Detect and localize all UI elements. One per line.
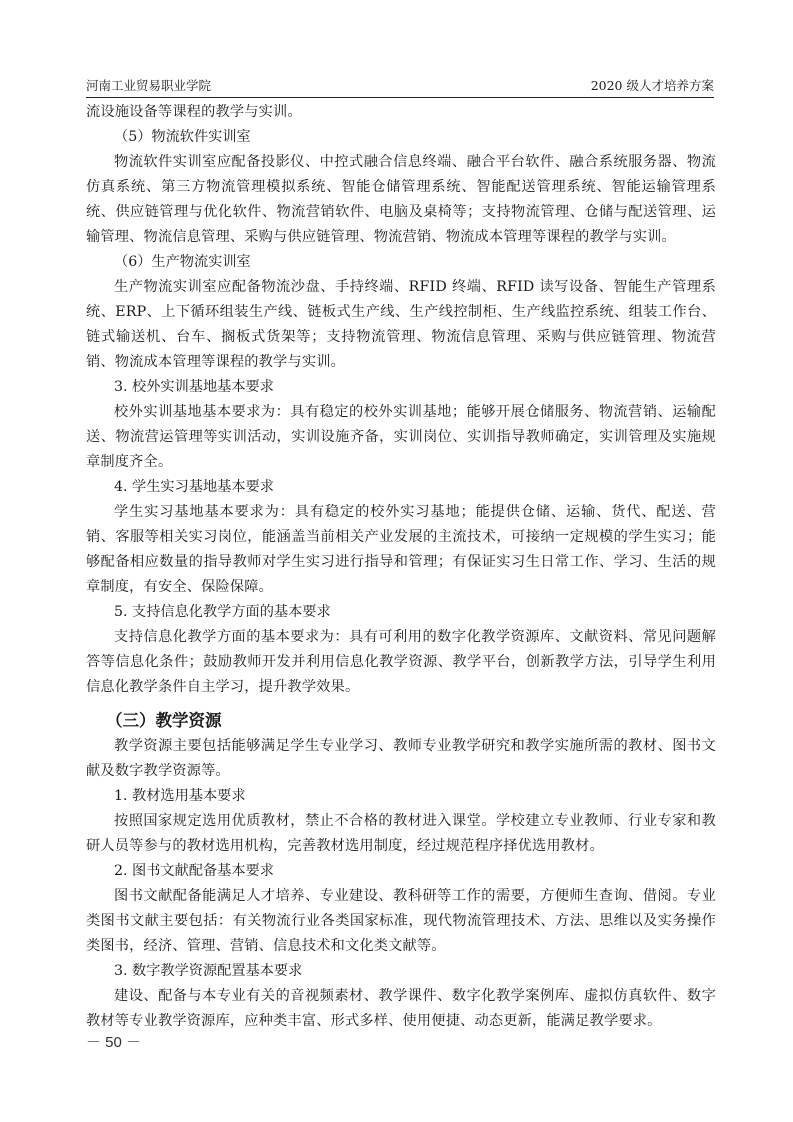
paragraph-digital-resources: 建设、配备与本专业有关的音视频素材、教学课件、数字化教学案例库、虚拟仿真软件、数…	[86, 984, 716, 1034]
paragraph-informatization: 支持信息化教学方面的基本要求为：具有可利用的数字化教学资源库、文献资料、常见问题…	[86, 625, 716, 700]
paragraph-logistics-software-lab: 物流软件实训室应配备投影仪、中控式融合信息终端、融合平台软件、融合系统服务器、物…	[86, 150, 716, 250]
paragraph-continuation: 流设施设备等课程的教学与实训。	[86, 100, 716, 125]
subheading-production-logistics-lab: （6）生产物流实训室	[86, 250, 716, 275]
header-document-title: 2020 级人才培养方案	[591, 76, 714, 94]
paragraph-library-resources: 图书文献配备能满足人才培养、专业建设、教科研等工作的需要，方便师生查询、借阅。专…	[86, 884, 716, 959]
subheading-textbook-selection: 1. 教材选用基本要求	[86, 784, 716, 809]
header-institution: 河南工业贸易职业学院	[86, 76, 211, 94]
subheading-internship-base: 4. 学生实习基地基本要求	[86, 475, 716, 500]
page-number: － 50 －	[86, 1031, 141, 1052]
page-content: 流设施设备等课程的教学与实训。 （5）物流软件实训室 物流软件实训室应配备投影仪…	[86, 100, 716, 1034]
paragraph-textbook-selection: 按照国家规定选用优质教材，禁止不合格的教材进入课堂。学校建立专业教师、行业专家和…	[86, 809, 716, 859]
paragraph-internship-base: 学生实习基地基本要求为：具有稳定的校外实习基地；能提供仓储、运输、货代、配送、营…	[86, 500, 716, 600]
subheading-informatization: 5. 支持信息化教学方面的基本要求	[86, 600, 716, 625]
paragraph-production-logistics-lab: 生产物流实训室应配备物流沙盘、手持终端、RFID 终端、RFID 读写设备、智能…	[86, 275, 716, 375]
subheading-offcampus-training: 3. 校外实训基地基本要求	[86, 375, 716, 400]
paragraph-teaching-resources: 教学资源主要包括能够满足学生专业学习、教师专业教学研究和教学实施所需的教材、图书…	[86, 734, 716, 784]
subheading-digital-resources: 3. 数字教学资源配置基本要求	[86, 959, 716, 984]
subheading-library-resources: 2. 图书文献配备基本要求	[86, 859, 716, 884]
page-header: 河南工业贸易职业学院 2020 级人才培养方案	[86, 76, 714, 98]
subheading-logistics-software-lab: （5）物流软件实训室	[86, 125, 716, 150]
section-heading-teaching-resources: （三）教学资源	[86, 708, 716, 734]
paragraph-offcampus-training: 校外实训基地基本要求为：具有稳定的校外实训基地；能够开展仓储服务、物流营销、运输…	[86, 400, 716, 475]
